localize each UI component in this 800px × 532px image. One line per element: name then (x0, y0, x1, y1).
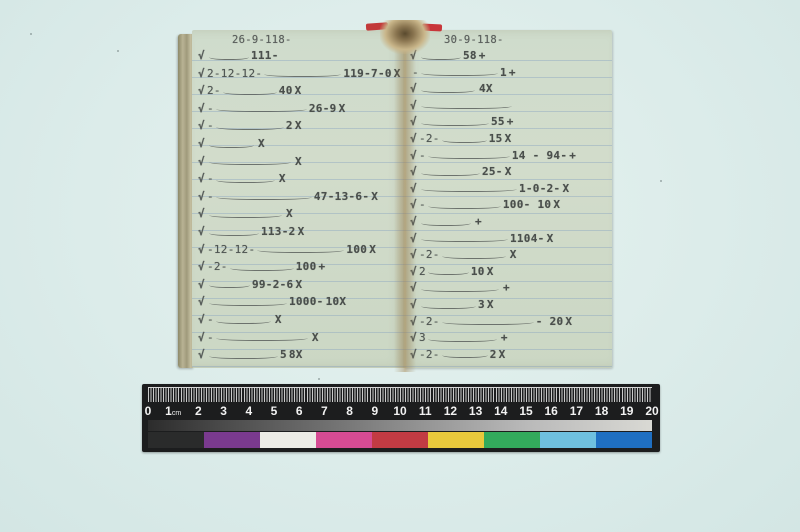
ledger-entry: √X (198, 136, 400, 152)
handwritten-script (442, 318, 534, 325)
entry-text: 2-12-12- (207, 67, 262, 80)
ruler-number: 11 (419, 404, 432, 418)
check-mark-icon: √ (198, 331, 205, 344)
ruler-number: 19 (620, 404, 633, 418)
handwritten-script (442, 136, 487, 143)
entry-text: 2- (207, 84, 221, 97)
entry-amount: 1-0-2- (519, 182, 561, 195)
ruler-unit-label: cm (172, 410, 181, 417)
ledger-entry: √58X (198, 347, 400, 363)
handwritten-script (421, 185, 517, 192)
entry-mark: X (562, 182, 569, 195)
handwritten-script (230, 264, 294, 271)
photo-scene: 26-9-118-√111-√2-12-12-119-7-0X√2-40X√-2… (0, 0, 800, 532)
check-mark-icon: √ (198, 119, 205, 132)
book-spine (394, 26, 416, 372)
ledger-entry: √-47-13-6-X (198, 189, 400, 205)
entry-mark: X (295, 84, 302, 97)
entry-mark: + (319, 260, 326, 273)
dust-speck (117, 50, 119, 52)
check-mark-icon: √ (198, 207, 205, 220)
entry-amount: 3 (478, 298, 485, 311)
handwritten-script (428, 152, 510, 159)
check-mark-icon: √ (198, 137, 205, 150)
entry-text: - (207, 102, 214, 115)
binding-damage (380, 20, 430, 54)
entry-mark: 4X (479, 82, 493, 95)
entry-mark: X (295, 155, 302, 168)
handwritten-script (257, 246, 344, 253)
entry-amount: 25- (482, 165, 503, 178)
handwritten-script (209, 281, 250, 288)
entry-text: - (419, 198, 426, 211)
entry-mark: X (505, 132, 512, 145)
handwritten-script (223, 88, 277, 95)
ledger-entry: √+ (410, 280, 608, 296)
ledger-entry: √2-12-12-119-7-0X (198, 66, 400, 82)
color-swatch-blue (596, 432, 652, 448)
handwritten-script (421, 285, 499, 292)
entry-text: -2- (419, 248, 440, 261)
handwritten-script (209, 141, 254, 148)
entry-mark: + (569, 149, 576, 162)
entry-text: - (207, 331, 214, 344)
color-swatch-purple (204, 432, 260, 448)
entry-mark: X (339, 102, 346, 115)
ledger-entry: √-12-12-100X (198, 242, 400, 258)
entry-amount: 119-7-0 (343, 67, 391, 80)
dust-speck (318, 378, 320, 380)
entry-text: -2- (419, 348, 440, 361)
entry-mark: + (509, 66, 516, 79)
ledger-entry: -1+ (410, 65, 608, 81)
entry-text: - (207, 190, 214, 203)
check-mark-icon: √ (198, 102, 205, 115)
entry-mark: X (371, 190, 378, 203)
entry-mark: X (369, 243, 376, 256)
handwritten-script (428, 268, 469, 275)
ledger-entry: √X (198, 154, 400, 170)
entry-mark: + (507, 115, 514, 128)
color-scale-ruler: 01cm234567891011121314151617181920 (142, 384, 660, 452)
handwritten-script (209, 158, 291, 165)
check-mark-icon: √ (198, 295, 205, 308)
entry-text: - (419, 149, 426, 162)
ledger-entry: √-14 - 94-+ (410, 148, 608, 164)
ruler-number: 18 (595, 404, 608, 418)
handwritten-script (216, 105, 307, 112)
ruler-number: 6 (296, 404, 303, 418)
ledger-entry: √-X (198, 171, 400, 187)
entry-mark: + (501, 331, 508, 344)
entry-mark: + (479, 49, 486, 62)
ledger-entry: √210X (410, 264, 608, 280)
entry-mark: X (547, 232, 554, 245)
entry-mark: X (258, 137, 265, 150)
ledger-entry: √-2-- 20X (410, 314, 608, 330)
ledger-entry: √-2-X (410, 247, 608, 263)
color-swatch-white (260, 432, 316, 448)
check-mark-icon: √ (198, 67, 205, 80)
ruler-number: 8 (346, 404, 353, 418)
entry-amount: 58 (463, 49, 477, 62)
entry-mark: X (312, 331, 319, 344)
entry-amount: 99-2-6 (252, 278, 294, 291)
left-page: 26-9-118-√111-√2-12-12-119-7-0X√2-40X√-2… (192, 30, 404, 368)
ruler-number: 17 (570, 404, 583, 418)
ledger-entry: √113-2X (198, 224, 400, 240)
right-page: 30-9-118-√58+-1+√4X√√55+√-2-15X√-14 - 94… (404, 30, 612, 368)
entry-amount: 5 (280, 348, 287, 361)
entry-amount: 100- 10 (503, 198, 551, 211)
ledger-entry: √-100- 10X (410, 197, 608, 213)
check-mark-icon: √ (198, 278, 205, 291)
check-mark-icon: √ (198, 49, 205, 62)
ledger-entry: √3X (410, 297, 608, 313)
ruler-number: 12 (444, 404, 457, 418)
entry-amount: 26-9 (309, 102, 337, 115)
ruler-number: 13 (469, 404, 482, 418)
entry-amount: 2 (286, 119, 293, 132)
entry-amount: 1 (500, 66, 507, 79)
handwritten-script (428, 202, 501, 209)
handwritten-script (421, 102, 512, 109)
entry-amount: 100 (346, 243, 367, 256)
entry-mark: X (505, 165, 512, 178)
check-mark-icon: √ (198, 260, 205, 273)
handwritten-script (216, 317, 271, 324)
ruler-number: 16 (545, 404, 558, 418)
check-mark-icon: √ (198, 313, 205, 326)
entry-mark: X (295, 278, 302, 291)
ruler-number: 2 (195, 404, 202, 418)
ledger-entry: √4X (410, 81, 608, 97)
handwritten-script (209, 53, 249, 60)
color-swatch-magenta (316, 432, 372, 448)
ledger-entry: √58+ (410, 48, 608, 64)
color-swatch-green (484, 432, 540, 448)
entry-amount: 113-2 (261, 225, 296, 238)
entry-mark: X (565, 315, 572, 328)
handwritten-script (209, 211, 282, 218)
handwritten-script (421, 302, 476, 309)
dust-speck (660, 180, 662, 182)
ledger-entry: √-2X (198, 118, 400, 134)
check-mark-icon: √ (198, 84, 205, 97)
ruler-number: 20 (645, 404, 658, 418)
entry-amount: 14 - 94- (512, 149, 567, 162)
entry-text: -2- (207, 260, 228, 273)
entry-amount: 111- (251, 49, 279, 62)
handwritten-script (421, 219, 471, 226)
entry-amount: 10 (471, 265, 485, 278)
entry-mark: X (487, 265, 494, 278)
ledger-entry: √55+ (410, 114, 608, 130)
handwritten-script (421, 169, 480, 176)
entry-mark: X (510, 248, 517, 261)
entry-mark: X (487, 298, 494, 311)
entry-amount: 40 (279, 84, 293, 97)
check-mark-icon: √ (198, 155, 205, 168)
color-swatch-black (148, 432, 204, 448)
check-mark-icon: √ (198, 348, 205, 361)
handwritten-script (442, 351, 488, 358)
ledger-entry: √2-40X (198, 83, 400, 99)
entry-amount: 55 (491, 115, 505, 128)
entry-text: 2 (419, 265, 426, 278)
ledger-entry: √1-0-2-X (410, 181, 608, 197)
ledger-entry: √ (410, 98, 608, 114)
ruler-number: 15 (519, 404, 532, 418)
entry-mark: X (499, 348, 506, 361)
entry-mark: X (279, 172, 286, 185)
entry-mark: X (298, 225, 305, 238)
entry-amount: - 20 (536, 315, 564, 328)
ruler-number: 4 (245, 404, 252, 418)
ruler-number: 7 (321, 404, 328, 418)
ruler-number: 1cm (165, 404, 181, 418)
handwritten-script (216, 123, 284, 130)
entry-amount: 47-13-6- (314, 190, 369, 203)
page-date-header: 26-9-118- (232, 32, 400, 48)
notebook: 26-9-118-√111-√2-12-12-119-7-0X√2-40X√-2… (178, 26, 616, 372)
ledger-entry: √+ (410, 214, 608, 230)
entry-text: - (207, 172, 214, 185)
handwritten-script (421, 69, 498, 76)
entry-mark: 10X (326, 295, 347, 308)
ruler-number: 14 (494, 404, 507, 418)
entry-mark: X (553, 198, 560, 211)
entry-mark: + (475, 215, 482, 228)
entry-mark: X (286, 207, 293, 220)
check-mark-icon: √ (198, 243, 205, 256)
handwritten-script (209, 299, 287, 306)
handwritten-script (264, 70, 341, 77)
handwritten-script (209, 352, 278, 359)
gray-scale-bar (148, 420, 652, 431)
ruler-number: 9 (371, 404, 378, 418)
ruler-number: 3 (220, 404, 227, 418)
check-mark-icon: √ (198, 225, 205, 238)
ledger-entry: √99-2-6X (198, 277, 400, 293)
entry-amount: 2 (490, 348, 497, 361)
ledger-entry: √-2-15X (410, 131, 608, 147)
ruler-number: 10 (393, 404, 406, 418)
ledger-entry: √-X (198, 330, 400, 346)
entry-text: 3 (419, 331, 426, 344)
entry-amount: 100 (296, 260, 317, 273)
entry-amount: 1000- (289, 295, 324, 308)
entry-text: - (207, 313, 214, 326)
ledger-entry: √25-X (410, 164, 608, 180)
handwritten-script (421, 86, 475, 93)
ledger-entry: √X (198, 206, 400, 222)
handwritten-script (209, 229, 259, 236)
entry-mark: + (503, 281, 510, 294)
color-swatch-red (372, 432, 428, 448)
ruler-number: 5 (271, 404, 278, 418)
entry-mark: X (275, 313, 282, 326)
handwritten-script (216, 193, 312, 200)
ledger-entry: √1000-10X (198, 294, 400, 310)
handwritten-script (216, 176, 275, 183)
ledger-entry: √-X (198, 312, 400, 328)
color-swatches (148, 432, 652, 448)
ledger-entry: √1104-X (410, 231, 608, 247)
dust-speck (30, 33, 32, 35)
entry-text: -12-12- (207, 243, 255, 256)
handwritten-script (421, 235, 508, 242)
ledger-entry: √-2-100+ (198, 259, 400, 275)
handwritten-script (421, 119, 489, 126)
ledger-entry: √111- (198, 48, 400, 64)
handwritten-script (216, 334, 308, 341)
entry-text: -2- (419, 315, 440, 328)
ruler-number: 0 (145, 404, 152, 418)
ledger-entry: √-2-2X (410, 347, 608, 363)
ledger-entry: √3+ (410, 330, 608, 346)
entry-mark: 8X (289, 348, 303, 361)
check-mark-icon: √ (198, 190, 205, 203)
handwritten-script (442, 252, 506, 259)
ledger-entry: √-26-9X (198, 101, 400, 117)
entry-text: - (207, 119, 214, 132)
page-date-header: 30-9-118- (444, 32, 608, 48)
entry-amount: 1104- (510, 232, 545, 245)
entry-mark: X (295, 119, 302, 132)
color-swatch-cyan (540, 432, 596, 448)
entry-text: -2- (419, 132, 440, 145)
entry-amount: 15 (489, 132, 503, 145)
ruler-mm-ticks (148, 388, 652, 402)
color-swatch-yellow (428, 432, 484, 448)
check-mark-icon: √ (198, 172, 205, 185)
handwritten-script (428, 335, 497, 342)
ruler-numbers: 01cm234567891011121314151617181920 (142, 404, 660, 418)
